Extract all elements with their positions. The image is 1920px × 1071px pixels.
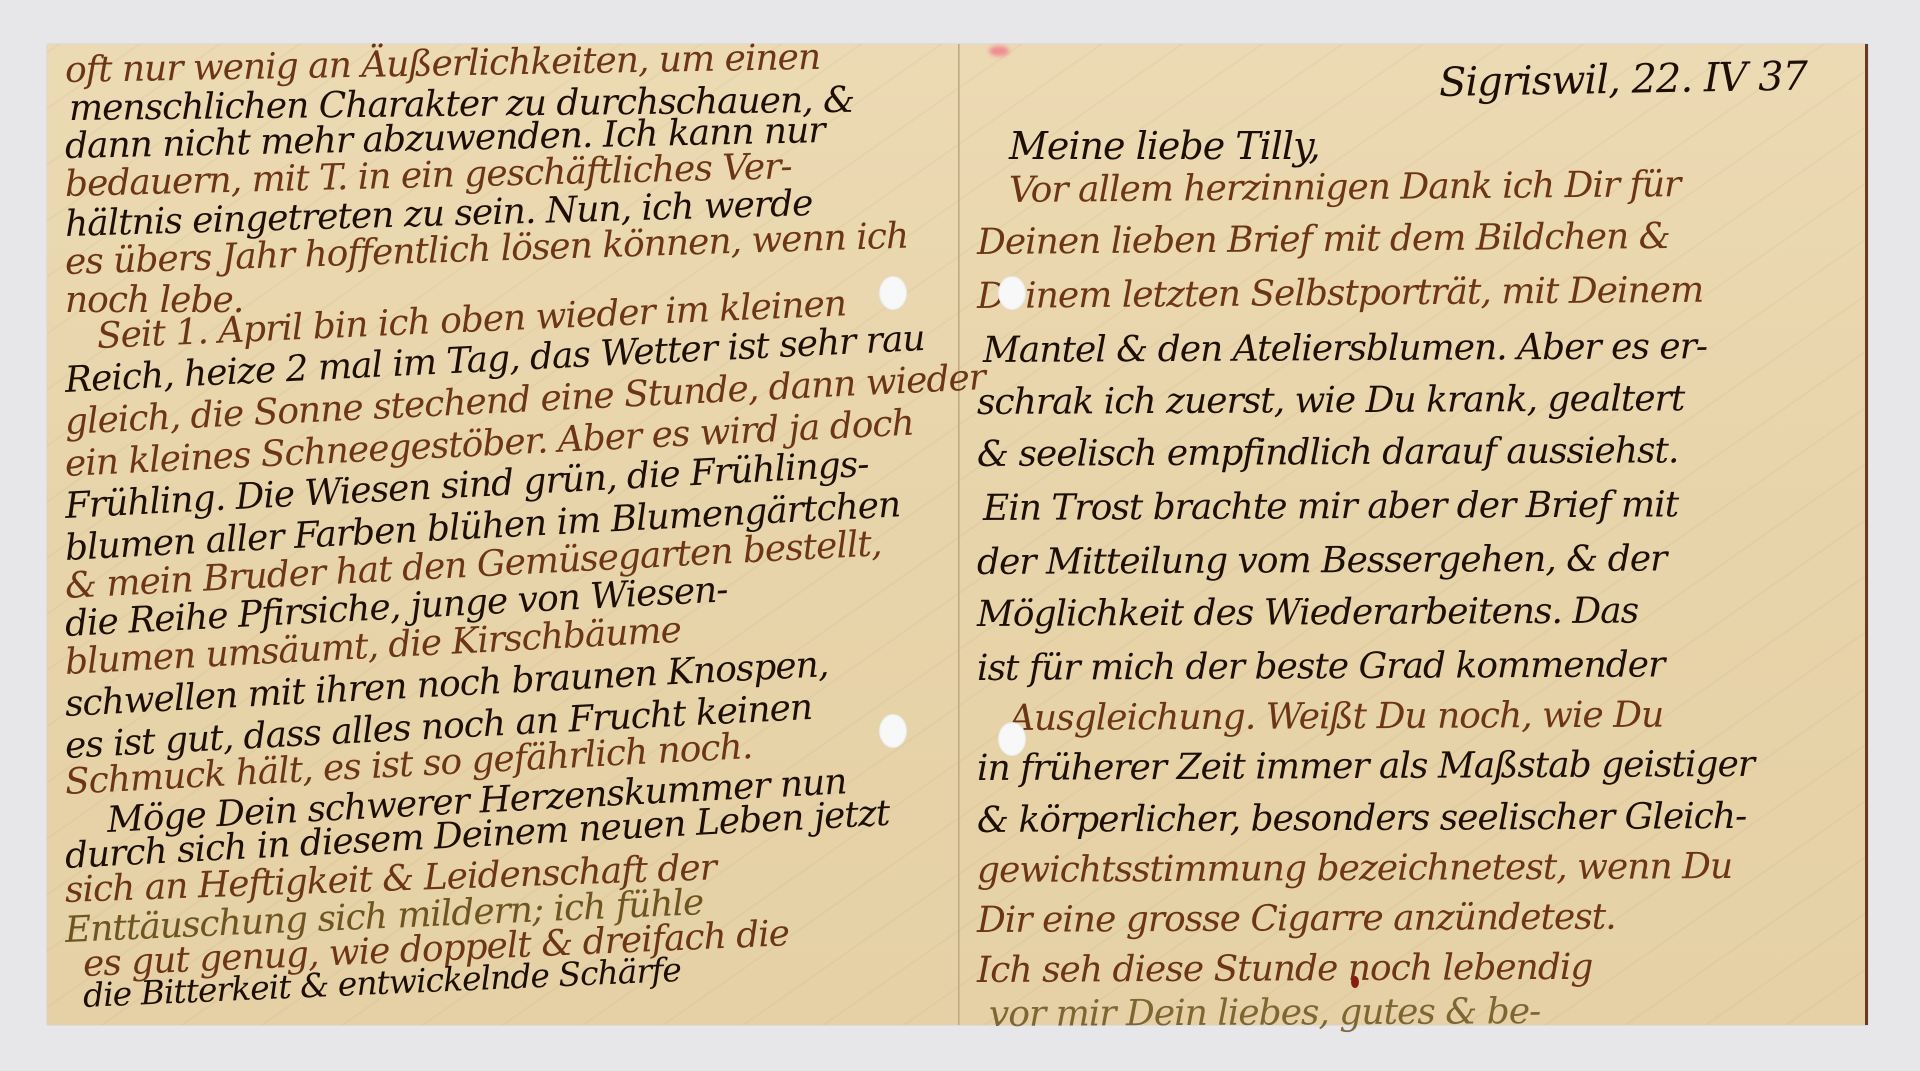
text-line: der Mitteilung vom Bessergehen, & der — [977, 538, 1666, 583]
right-page: Sigriswil, 22. IV 37 Meine liebe Tilly, … — [959, 44, 1868, 1025]
punch-hole — [998, 276, 1026, 310]
text-line: schrak ich zuerst, wie Du krank, gealter… — [977, 378, 1684, 423]
salutation: Meine liebe Tilly, — [1009, 124, 1320, 168]
punch-hole — [998, 722, 1026, 756]
pink-mark — [989, 46, 1009, 56]
text-line: Ein Trost brachte mir aber der Brief mit — [983, 484, 1678, 529]
letter-sheet: oft nur wenig an Äußerlichkeiten, um ein… — [47, 44, 1868, 1025]
left-page: oft nur wenig an Äußerlichkeiten, um ein… — [47, 44, 958, 1025]
text-line: Möglichkeit des Wiederarbeitens. Das — [977, 591, 1638, 635]
punch-hole — [879, 714, 907, 748]
punch-hole — [879, 276, 907, 310]
text-line: Ausgleichung. Weißt Du noch, wie Du — [1009, 695, 1663, 739]
text-line: Mantel & den Ateliersblumen. Aber es er- — [983, 326, 1707, 371]
text-line: Ich seh diese Stunde noch lebendig — [977, 947, 1593, 991]
text-line: Deinem letzten Selbstporträt, mit Deinem — [977, 270, 1704, 317]
text-line: Deinen lieben Brief mit dem Bildchen & — [977, 216, 1670, 263]
text-line: & körperlicher, besonders seelischer Gle… — [977, 796, 1746, 841]
text-line: ist für mich der beste Grad kommender — [977, 644, 1664, 689]
dateline: Sigriswil, 22. IV 37 — [1439, 54, 1808, 106]
text-line: in früherer Zeit immer als Maßstab geist… — [977, 744, 1754, 789]
ink-stain — [1351, 976, 1359, 988]
text-line: gewichtsstimmung bezeichnetest, wenn Du — [977, 846, 1732, 891]
text-line: Dir eine grosse Cigarre anzündetest. — [977, 897, 1616, 941]
text-line: & seelisch empfindlich darauf aussiehst. — [977, 430, 1679, 475]
text-line: Vor allem herzinnigen Dank ich Dir für — [1009, 164, 1681, 211]
text-line: vor mir Dein liebes, gutes & be- — [989, 991, 1540, 1035]
